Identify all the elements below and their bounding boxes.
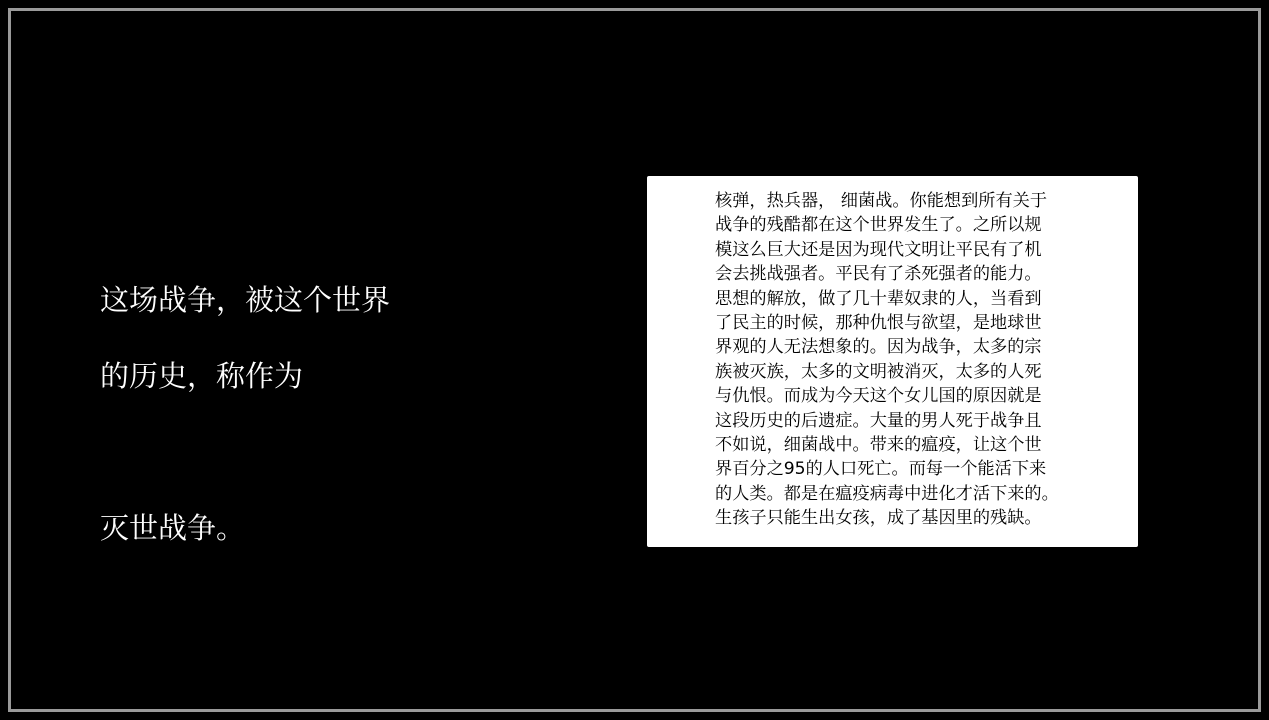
narration-line: 不如说，细菌战中。带来的瘟疫，让这个世 (715, 433, 1095, 457)
caption-emphasis: 灭世战争。 (100, 509, 430, 547)
narration-line: 模这么巨大还是因为现代文明让平民有了机 (715, 238, 1095, 262)
narration-line: 界观的人无法想象的。因为战争，太多的宗 (715, 335, 1095, 359)
caption-line-2: 的历史，称作为 (100, 357, 430, 395)
narration-line: 战争的残酷都在这个世界发生了。之所以规 (715, 213, 1095, 237)
narration-line: 这段历史的后遗症。大量的男人死于战争且 (715, 409, 1095, 433)
narration-line: 的人类。都是在瘟疫病毒中进化才活下来的。 (715, 482, 1095, 506)
left-caption: 这场战争，被这个世界 的历史，称作为 灭世战争。 (100, 243, 430, 585)
narration-line: 会去挑战强者。平民有了杀死强者的能力。 (715, 262, 1095, 286)
narration-line: 生孩子只能生出女孩，成了基因里的残缺。 (715, 506, 1095, 530)
narration-line: 核弹，热兵器， 细菌战。你能想到所有关于 (715, 189, 1095, 213)
narration-line: 与仇恨。而成为今天这个女儿国的原因就是 (715, 384, 1095, 408)
narration-line: 界百分之95的人口死亡。而每一个能活下来 (715, 457, 1095, 481)
narration-line: 族被灭族，太多的文明被消灭，太多的人死 (715, 360, 1095, 384)
narration-box: 核弹，热兵器， 细菌战。你能想到所有关于 战争的残酷都在这个世界发生了。之所以规… (647, 176, 1138, 547)
narration-line: 了民主的时候，那种仇恨与欲望，是地球世 (715, 311, 1095, 335)
caption-line-1: 这场战争，被这个世界 (100, 281, 430, 319)
narration-line: 思想的解放，做了几十辈奴隶的人，当看到 (715, 287, 1095, 311)
narration-text: 核弹，热兵器， 细菌战。你能想到所有关于 战争的残酷都在这个世界发生了。之所以规… (715, 189, 1095, 531)
caption-spacer (100, 433, 430, 471)
